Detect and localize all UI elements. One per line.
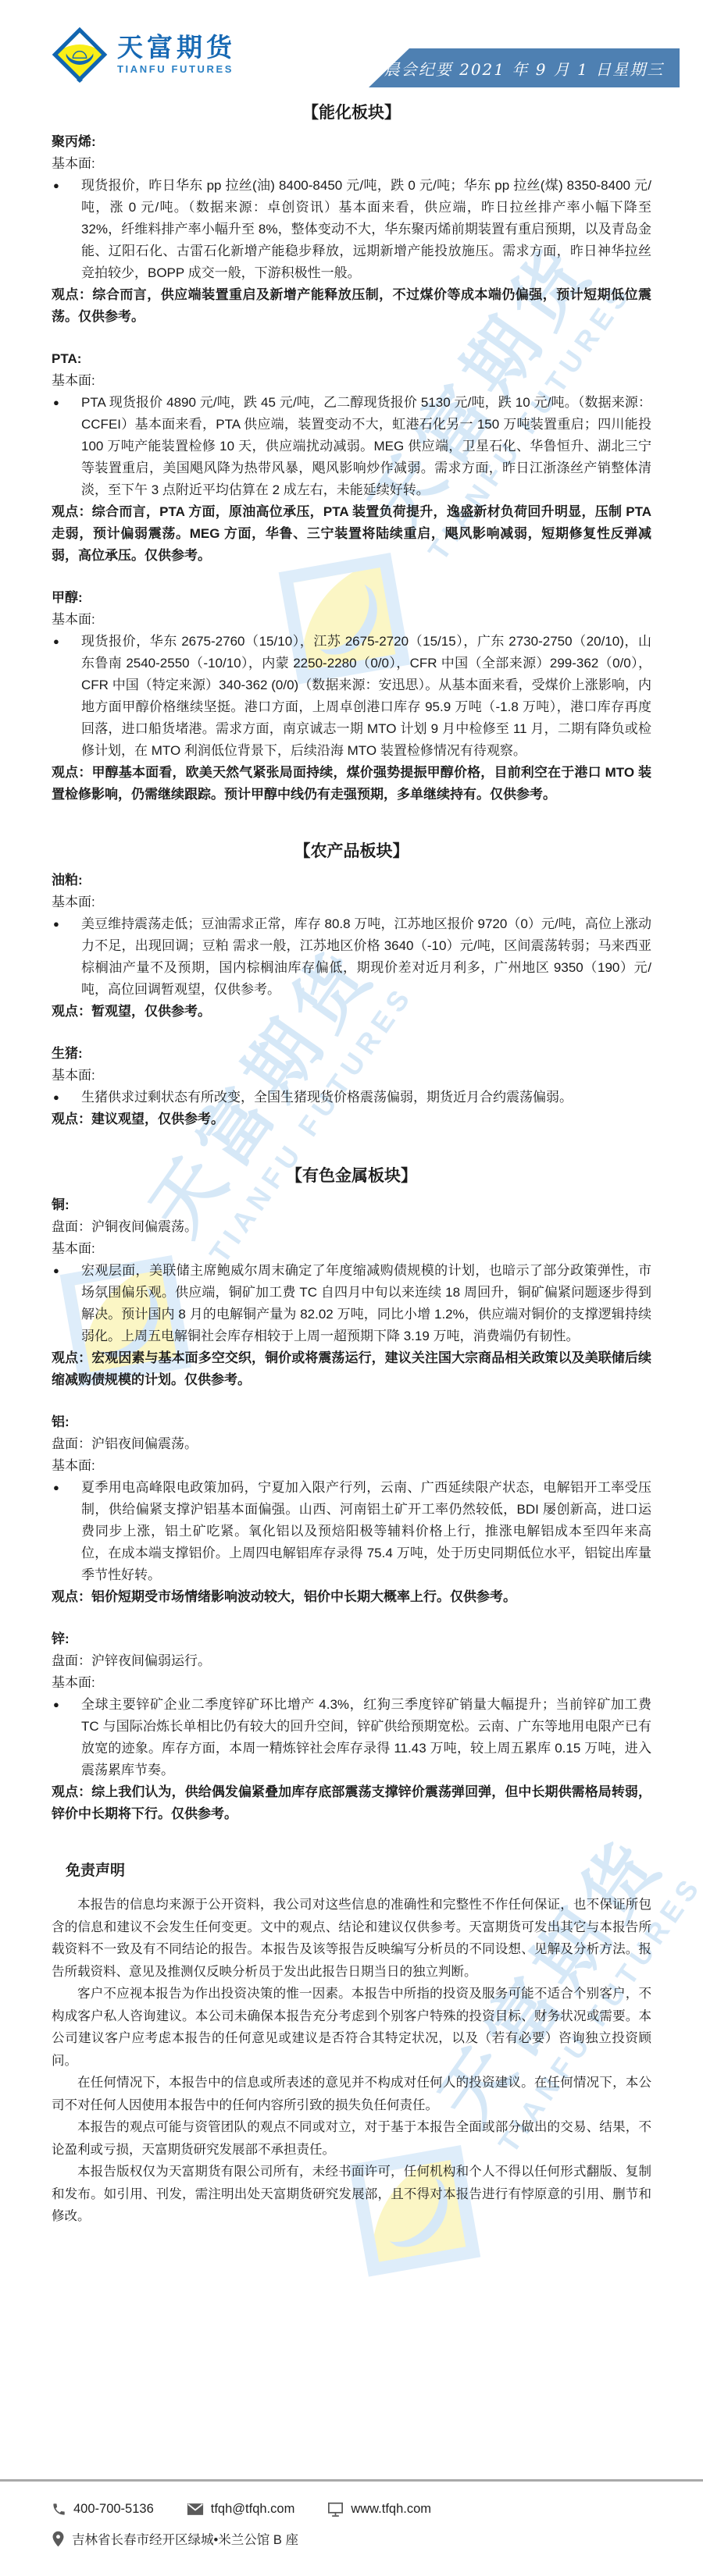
website-url: www.tfqh.com [351,2502,431,2517]
location-pin-icon [52,2531,65,2547]
commodity-block-copper: 铜: 盘面：沪铜夜间偏震荡。 基本面: ● 宏观层面，美联储主席鲍威尔周末确定了… [52,1194,651,1391]
market-line: 盘面：沪铜夜间偏震荡。 [52,1216,651,1238]
commodity-name: 油粕: [52,870,651,891]
section-title-energy-chemical: 【能化板块】 [52,101,651,125]
logo-cn-text: 天富期货 [117,34,236,61]
footer-address: 吉林省长春市经开区绿城•米兰公馆 B 座 [52,2529,298,2548]
commodity-block-live-hog: 生猪: 基本面: ● 生猪供求过剩状态有所改变，全国生猪现货价格震荡偏弱，期货近… [52,1043,651,1130]
disclaimer-paragraph: 本报告的观点可能与资管团队的观点不同或对立，对于基于本报告全面或部分做出的交易、… [52,2116,651,2161]
fundamentals-text: 美豆维持震荡走低；豆油需求正常，库存 80.8 万吨，江苏地区报价 9720（0… [81,913,651,1001]
section-title-agriculture: 【农产品板块】 [52,840,651,863]
phone-icon [52,2502,66,2517]
commodity-block-polypropylene: 聚丙烯: 基本面: ● 现货报价，昨日华东 pp 拉丝(油) 8400-8450… [52,131,651,328]
fundamentals-label: 基本面: [52,370,651,392]
bullet-icon: ● [52,1477,81,1586]
logo-text: 天富期货 TIANFU FUTURES [117,34,236,75]
logo-en-text: TIANFU FUTURES [117,63,236,75]
fundamentals-label: 基本面: [52,153,651,175]
commodity-block-oil-meal: 油粕: 基本面: ● 美豆维持震荡走低；豆油需求正常，库存 80.8 万吨，江苏… [52,870,651,1023]
fundamentals-label: 基本面: [52,1238,651,1260]
market-line: 盘面：沪铝夜间偏震荡。 [52,1433,651,1455]
commodity-block-methanol: 甲醇: 基本面: ● 现货报价，华东 2675-2760（15/10），江苏 2… [52,587,651,806]
fundamentals-text: 现货报价，华东 2675-2760（15/10），江苏 2675-2720（15… [81,631,651,762]
address-text: 吉林省长春市经开区绿城•米兰公馆 B 座 [72,2529,298,2548]
disclaimer-paragraph: 本报告版权仅为天富期货有限公司所有，未经书面许可，任何机构和个人不得以任何形式翻… [52,2161,651,2228]
page-header: 天富期货 TIANFU FUTURES 晨会纪要 2021 年 9 月 1 日星… [0,0,703,87]
fundamentals-text: 现货报价，昨日华东 pp 拉丝(油) 8400-8450 元/吨，跌 0 元/吨… [81,175,651,284]
email-address: tfqh@tfqh.com [211,2502,295,2517]
fundamentals-label: 基本面: [52,1065,651,1087]
bullet-icon: ● [52,1087,81,1108]
commodity-block-aluminum: 铝: 盘面：沪铝夜间偏震荡。 基本面: ● 夏季用电高峰限电政策加码，宁夏加入限… [52,1411,651,1608]
bullet-icon: ● [52,392,81,501]
bullet-icon: ● [52,631,81,762]
commodity-block-pta: PTA: 基本面: ● PTA 现货报价 4890 元/吨，跌 45 元/吨，乙… [52,348,651,567]
commodity-name: 甲醇: [52,587,651,609]
viewpoint-text: 观点：宏观因素与基本面多空交织，铜价或将震荡运行，建议关注国大宗商品相关政策以及… [52,1347,651,1391]
section-title-nonferrous-metals: 【有色金属板块】 [52,1165,651,1188]
viewpoint-text: 观点：甲醇基本面看，欧美天然气紧张局面持续，煤价强势提振甲醇价格，目前利空在于港… [52,762,651,806]
commodity-name: 聚丙烯: [52,131,651,153]
disclaimer-title: 免责声明 [66,1859,651,1881]
commodity-block-zinc: 锌: 盘面：沪锌夜间偏弱运行。 基本面: ● 全球主要锌矿企业二季度锌矿环比增产… [52,1628,651,1825]
viewpoint-text: 观点：综合而言，PTA 方面，原油高位承压，PTA 装置负荷提升，逸盛新材负荷回… [52,501,651,567]
report-title-banner: 晨会纪要 2021 年 9 月 1 日星期三 [369,48,680,87]
fundamentals-label: 基本面: [52,609,651,631]
disclaimer-paragraph: 在任何情况下，本报告中的信息或所表述的意见并不构成对任何人的投资建议。在任何情况… [52,2072,651,2116]
monitor-icon [327,2502,344,2517]
footer-email: tfqh@tfqh.com [187,2502,295,2517]
disclaimer-section: 免责声明 本报告的信息均来源于公开资料，我公司对这些信息的准确性和完整性不作任何… [52,1859,651,2228]
viewpoint-text: 观点：建议观望，仅供参考。 [52,1108,651,1130]
fundamentals-text: 生猪供求过剩状态有所改变，全国生猪现货价格震荡偏弱，期货近月合约震荡偏弱。 [81,1087,651,1108]
bullet-icon: ● [52,1694,81,1781]
fundamentals-label: 基本面: [52,1455,651,1477]
fundamentals-text: 夏季用电高峰限电政策加码，宁夏加入限产行列，云南、广西延续限产状态，电解铝开工率… [81,1477,651,1586]
commodity-name: 锌: [52,1628,651,1650]
company-logo: 天富期货 TIANFU FUTURES [0,25,236,84]
viewpoint-text: 观点：暂观望，仅供参考。 [52,1001,651,1023]
fundamentals-text: 宏观层面，美联储主席鲍威尔周末确定了年度缩减购债规模的计划，也暗示了部分政策弹性… [81,1260,651,1347]
bullet-icon: ● [52,1260,81,1347]
viewpoint-text: 观点：综合而言，供应端装置重启及新增产能释放压制，不过煤价等成本端仍偏强，预计短… [52,284,651,328]
envelope-icon [187,2503,204,2516]
commodity-name: 生猪: [52,1043,651,1065]
disclaimer-paragraph: 本报告的信息均来源于公开资料，我公司对这些信息的准确性和完整性不作任何保证，也不… [52,1894,651,1983]
market-line: 盘面：沪锌夜间偏弱运行。 [52,1650,651,1672]
viewpoint-text: 观点：铝价短期受市场情绪影响波动较大，铝价中长期大概率上行。仅供参考。 [52,1586,651,1608]
bullet-icon: ● [52,175,81,284]
page-footer: 400-700-5136 tfqh@tfqh.com www.tfqh.com … [0,2479,703,2576]
footer-phone: 400-700-5136 [52,2502,154,2517]
bullet-icon: ● [52,913,81,1001]
commodity-name: PTA: [52,348,651,370]
disclaimer-paragraph: 客户不应视本报告为作出投资决策的惟一因素。本报告中所指的投资及服务可能不适合个别… [52,1983,651,2072]
fundamentals-text: 全球主要锌矿企业二季度锌矿环比增产 4.3%，红狗三季度锌矿销量大幅提升；当前锌… [81,1694,651,1781]
commodity-name: 铜: [52,1194,651,1216]
fundamentals-label: 基本面: [52,891,651,913]
tianfu-logo-icon [52,25,108,84]
fundamentals-text: PTA 现货报价 4890 元/吨，跌 45 元/吨，乙二醇现货报价 5130 … [81,392,651,501]
commodity-name: 铝: [52,1411,651,1433]
fundamentals-label: 基本面: [52,1672,651,1694]
report-body: 【能化板块】 聚丙烯: 基本面: ● 现货报价，昨日华东 pp 拉丝(油) 84… [0,87,703,2228]
footer-website: www.tfqh.com [327,2502,431,2517]
phone-number: 400-700-5136 [73,2502,154,2517]
viewpoint-text: 观点：综上我们认为，供给偶发偏紧叠加库存底部震荡支撑锌价震荡弹回弹，但中长期供需… [52,1781,651,1825]
